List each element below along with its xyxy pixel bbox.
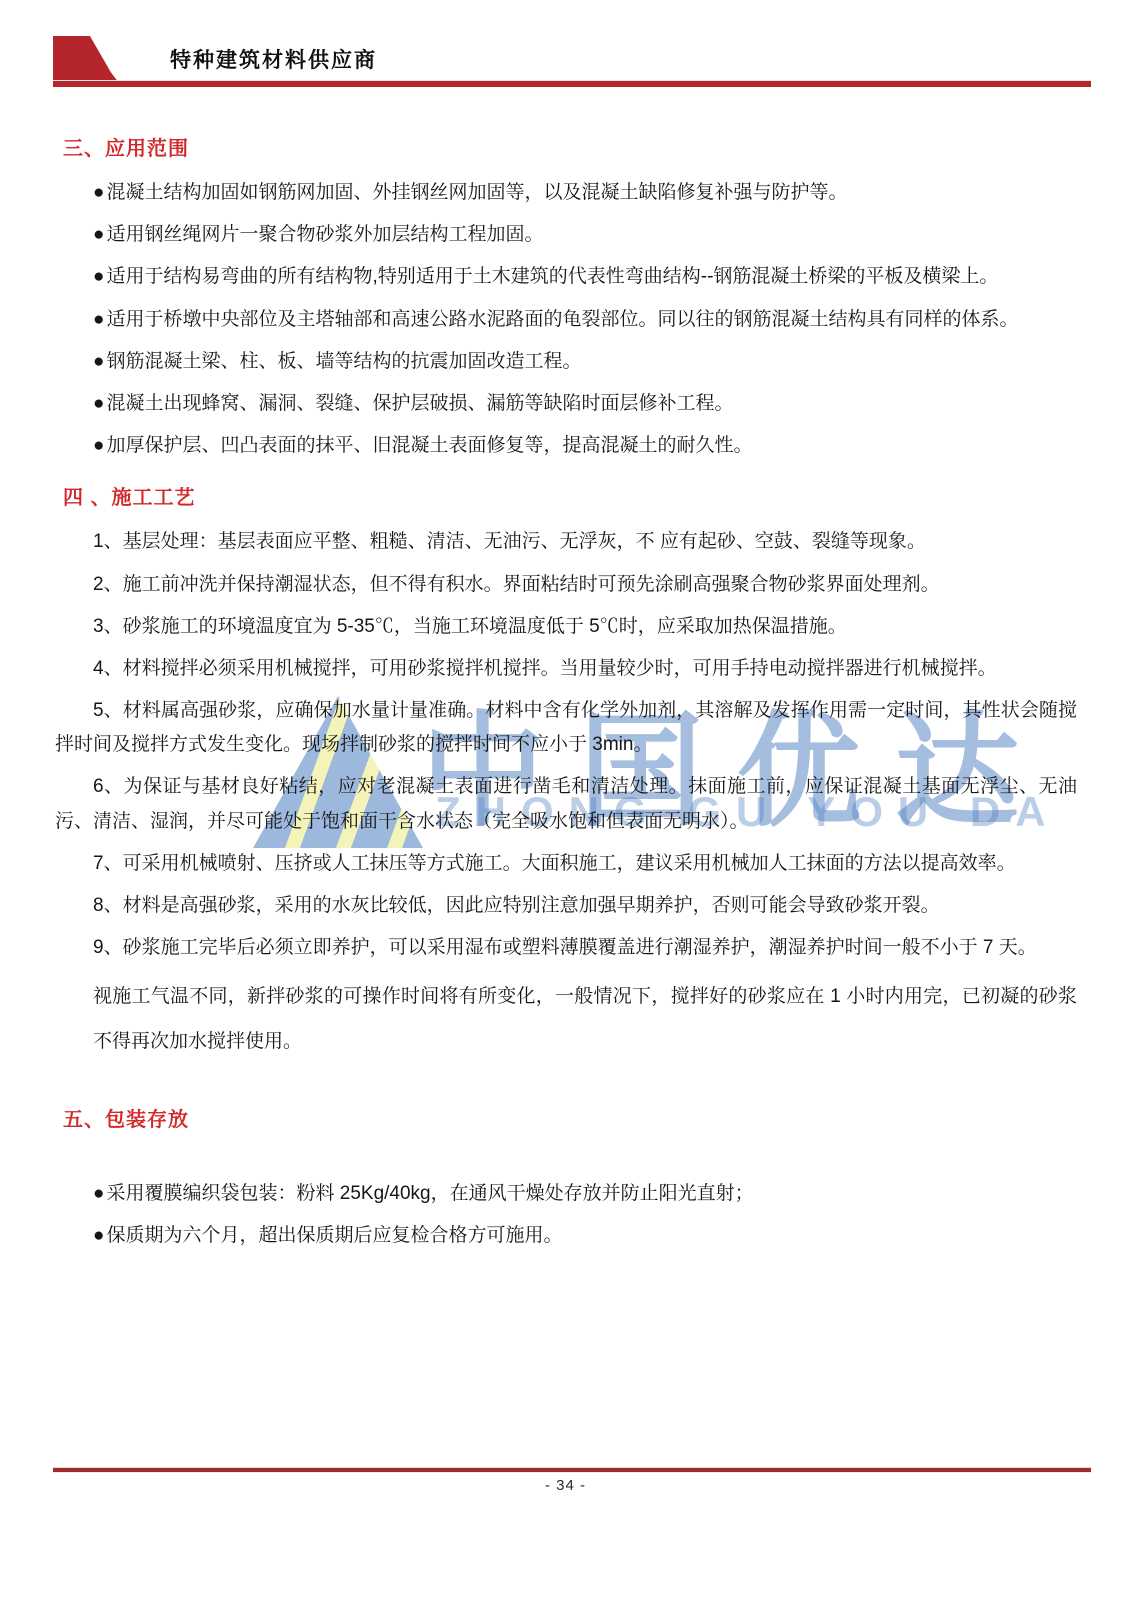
bullet-marker: ●	[93, 1183, 104, 1204]
section-heading-application-scope: 三、应用范围	[63, 136, 1077, 162]
numbered-item: 7、可采用机械喷射、压挤或人工抹压等方式施工。大面积施工，建议采用机械加人工抹面…	[55, 847, 1077, 881]
page-number: - 34 -	[0, 1477, 1131, 1494]
numbered-item: 3、砂浆施工的环境温度宜为 5-35℃，当施工环境温度低于 5℃时，应采取加热保…	[55, 610, 1077, 644]
section-heading-construction-process: 四 、施工工艺	[63, 485, 1077, 511]
bullet-item: ●混凝土出现蜂窝、漏洞、裂缝、保护层破损、漏筋等缺陷时面层修补工程。	[55, 387, 1077, 421]
bullet-marker: ●	[93, 224, 104, 245]
numbered-item: 8、材料是高强砂浆，采用的水灰比较低，因此应特别注意加强早期养护，否则可能会导致…	[55, 889, 1077, 923]
bullet-item: ●适用钢丝绳网片一聚合物砂浆外加层结构工程加固。	[55, 218, 1077, 252]
bullet-text: 钢筋混凝土梁、柱、板、墙等结构的抗震加固改造工程。	[106, 351, 581, 372]
bullet-item: ●加厚保护层、凹凸表面的抹平、旧混凝土表面修复等，提高混凝土的耐久性。	[55, 429, 1077, 463]
document-body: 三、应用范围 ●混凝土结构加固如钢筋网加固、外挂钢丝网加固等，以及混凝土缺陷修复…	[55, 136, 1077, 1261]
bullet-item: ●适用于结构易弯曲的所有结构物,特别适用于土木建筑的代表性弯曲结构--钢筋混凝土…	[55, 260, 1077, 294]
bullet-item: ●适用于桥墩中央部位及主塔轴部和高速公路水泥路面的龟裂部位。同以往的钢筋混凝土结…	[55, 303, 1077, 337]
bullet-marker: ●	[93, 351, 104, 372]
numbered-item: 9、砂浆施工完毕后必须立即养护，可以采用湿布或塑料薄膜覆盖进行潮湿养护，潮湿养护…	[55, 931, 1077, 965]
bullet-text: 适用于桥墩中央部位及主塔轴部和高速公路水泥路面的龟裂部位。同以往的钢筋混凝土结构…	[106, 309, 1018, 330]
numbered-item: 4、材料搅拌必须采用机械搅拌，可用砂浆搅拌机搅拌。当用量较少时，可用手持电动搅拌…	[55, 652, 1077, 686]
bullet-text: 适用于结构易弯曲的所有结构物,特别适用于土木建筑的代表性弯曲结构--钢筋混凝土桥…	[106, 266, 998, 287]
bullet-item: ●保质期为六个月，超出保质期后应复检合格方可施用。	[55, 1219, 1077, 1253]
bullet-marker: ●	[93, 182, 104, 203]
bullet-item: ●采用覆膜编织袋包装：粉料 25Kg/40kg，在通风干燥处存放并防止阳光直射；	[55, 1177, 1077, 1211]
bullet-text: 混凝土结构加固如钢筋网加固、外挂钢丝网加固等，以及混凝土缺陷修复补强与防护等。	[106, 182, 847, 203]
document-page: 特种建筑材料供应商 中国优达 ZHONG GU YOU DA 三、应用范围 ●混…	[0, 0, 1131, 1600]
bullet-text: 适用钢丝绳网片一聚合物砂浆外加层结构工程加固。	[106, 224, 543, 245]
bullet-text: 混凝土出现蜂窝、漏洞、裂缝、保护层破损、漏筋等缺陷时面层修补工程。	[106, 393, 733, 414]
note-paragraph: 视施工气温不同，新拌砂浆的可操作时间将有所变化，一般情况下，搅拌好的砂浆应在 1…	[55, 975, 1077, 1064]
numbered-item: 1、基层处理：基层表面应平整、粗糙、清洁、无油污、无浮灰，不 应有起砂、空鼓、裂…	[55, 525, 1077, 559]
header-rule	[53, 80, 1091, 87]
numbered-item: 6、为保证与基材良好粘结，应对老混凝土表面进行凿毛和清洁处理。抹面施工前，应保证…	[55, 770, 1077, 838]
numbered-item: 5、材料属高强砂浆，应确保加水量计量准确。材料中含有化学外加剂，其溶解及发挥作用…	[55, 694, 1077, 762]
bullet-marker: ●	[93, 1225, 104, 1246]
header-flag-shape	[53, 36, 119, 83]
section-heading-packaging-storage: 五、包装存放	[63, 1107, 1077, 1133]
bullet-marker: ●	[93, 266, 104, 287]
bullet-text: 保质期为六个月，超出保质期后应复检合格方可施用。	[106, 1225, 562, 1246]
numbered-item: 2、施工前冲洗并保持潮湿状态，但不得有积水。界面粘结时可预先涂刷高强聚合物砂浆界…	[55, 568, 1077, 602]
bullet-text: 采用覆膜编织袋包装：粉料 25Kg/40kg，在通风干燥处存放并防止阳光直射；	[106, 1183, 753, 1204]
bullet-marker: ●	[93, 435, 104, 456]
bullet-marker: ●	[93, 393, 104, 414]
bullet-item: ●混凝土结构加固如钢筋网加固、外挂钢丝网加固等，以及混凝土缺陷修复补强与防护等。	[55, 176, 1077, 210]
bullet-marker: ●	[93, 309, 104, 330]
page-title: 特种建筑材料供应商	[170, 44, 377, 74]
bullet-item: ●钢筋混凝土梁、柱、板、墙等结构的抗震加固改造工程。	[55, 345, 1077, 379]
bullet-text: 加厚保护层、凹凸表面的抹平、旧混凝土表面修复等，提高混凝土的耐久性。	[106, 435, 752, 456]
footer-rule	[53, 1467, 1091, 1473]
